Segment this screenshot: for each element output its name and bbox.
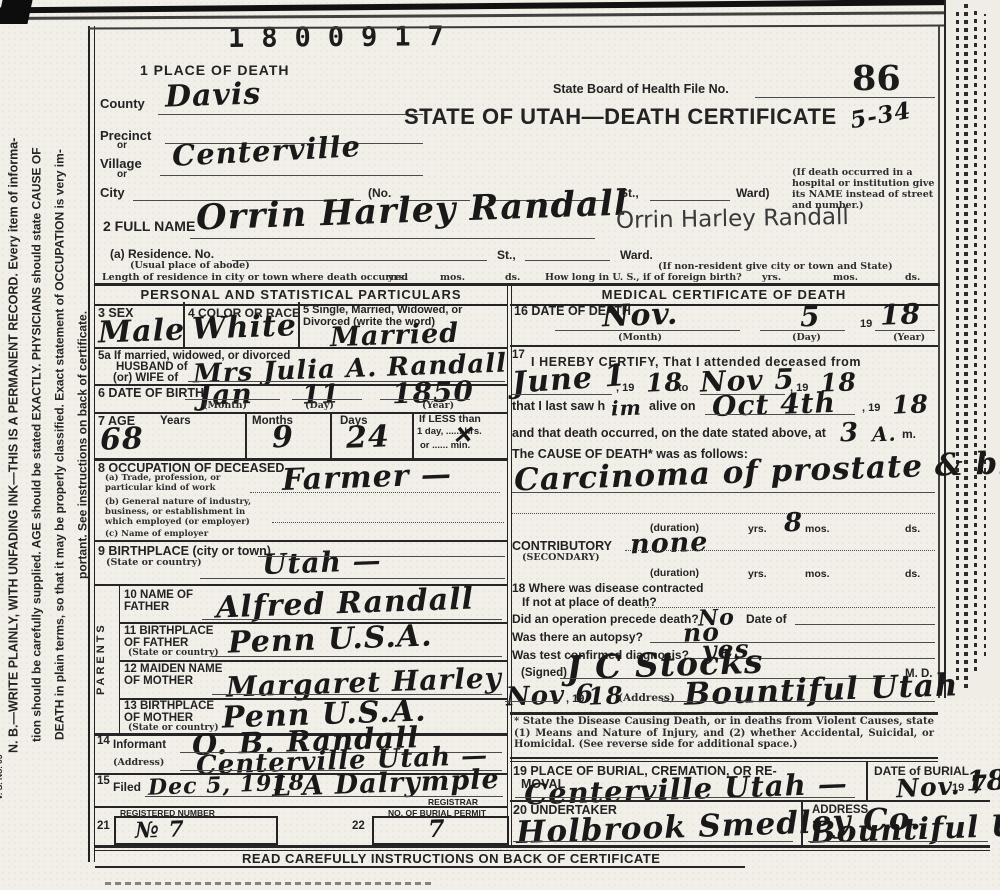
cause-footnote: * State the Disease Causing Death, or in… — [514, 716, 934, 751]
age-years-value: 68 — [99, 421, 144, 458]
edge-texture — [956, 10, 959, 680]
duration-label: (duration) — [650, 567, 699, 579]
row-rule — [510, 757, 938, 759]
certify-item-no: 17 — [512, 349, 525, 361]
yrs-label: yrs. — [388, 272, 407, 283]
margin-line-1: N. B.—WRITE PLAINLY, WITH UNFADING INK—T… — [4, 34, 23, 856]
day-sublabel: (Day) — [792, 332, 821, 343]
residence-no-blank — [232, 260, 487, 261]
frame-top-rule — [88, 25, 944, 29]
day-sublabel: (Day) — [305, 400, 334, 411]
birthplace-label: 9 BIRTHPLACE (city or town) — [98, 544, 271, 558]
nonresident-note: (If non-resident give city or town and S… — [658, 261, 893, 272]
death-certificate-scan: 1800917 N. B.—WRITE PLAINLY, WITH UNFADI… — [0, 0, 1000, 890]
residence-st-label: St., — [497, 248, 516, 262]
cause-blank — [512, 492, 935, 493]
informant-address-label: (Address) — [113, 757, 164, 768]
frame-left-double-rule — [88, 26, 95, 862]
edge-texture — [974, 8, 977, 671]
fullname-pencil-annotation: Orrin Harley Randall — [616, 204, 849, 234]
death-am-value: A. — [872, 422, 897, 447]
mother-name-label: 12 MAIDEN NAME OF MOTHER — [124, 663, 234, 687]
cause-blank-2 — [512, 513, 935, 514]
date-of-death-month: Nov. — [601, 297, 678, 335]
certify-blank — [512, 394, 612, 395]
burial-place-blank — [515, 797, 855, 798]
or-label: or — [117, 169, 127, 180]
date-of-death-year: 18 — [879, 297, 921, 331]
birthplace-blank-2 — [200, 578, 505, 579]
occupation-c-label: (c) Name of employer — [105, 529, 275, 539]
or-label: or — [117, 140, 127, 151]
informant-item-no: 14 — [97, 735, 110, 747]
mos-label: mos. — [833, 272, 858, 283]
burial-cell-divider — [866, 762, 868, 800]
county-label: County — [100, 96, 145, 111]
father-birthplace-blank — [212, 656, 502, 657]
margin-form-number: V. S. No. 03 — [0, 742, 8, 812]
village-blank — [160, 175, 423, 176]
duration-mos-label: mos. — [805, 568, 830, 580]
fullname-blank — [190, 238, 595, 239]
death-time-value: 3 — [839, 418, 859, 449]
footer-rule-bottom — [95, 866, 745, 868]
length-residence-label: Length of residence in city or town wher… — [102, 272, 408, 283]
father-birthplace-label: 11 BIRTHPLACE OF FATHER — [124, 625, 224, 649]
registered-number-value: № 7 — [135, 816, 186, 844]
dod-month-blank — [555, 330, 740, 331]
row-rule-thin — [510, 761, 938, 762]
year-prefix: 19 — [860, 318, 872, 330]
month-sublabel: (Month) — [203, 400, 247, 411]
autopsy-blank — [650, 642, 935, 643]
date-of-death-day: 5 — [799, 300, 821, 334]
place-of-death-label: 1 PLACE OF DEATH — [140, 62, 290, 78]
autopsy-label: Was there an autopsy? — [512, 630, 643, 644]
birthplace-blank — [258, 556, 505, 557]
cell-divider — [412, 412, 414, 458]
edge-texture — [964, 4, 968, 688]
cell-divider — [245, 412, 247, 458]
death-occurred-label: and that death occurred, on the date sta… — [512, 426, 826, 440]
signed-date-blank — [505, 701, 560, 702]
howlong-label: How long in U. S., if of foreign birth? — [545, 272, 742, 283]
ds-label: ds. — [505, 272, 520, 283]
row-rule — [95, 540, 508, 542]
operation-label: Did an operation precede death? — [512, 612, 699, 626]
duration-yrs-label: yrs. — [748, 523, 767, 535]
duration-mos-label: mos. — [805, 523, 830, 535]
ward-label: Ward) — [736, 186, 770, 200]
comma-19: , 19 — [862, 402, 880, 414]
margin-line-3: DEATH in plain terms, so that it may be … — [50, 34, 69, 856]
parents-label: PARENTS — [95, 584, 107, 733]
father-birthplace-sublabel: (State or country) — [128, 648, 219, 658]
age-cross-mark: ✕ — [452, 420, 474, 450]
birthplace-value: Utah — — [261, 544, 382, 581]
lastsaw-label: that I last saw h — [512, 399, 605, 413]
city-label: City — [100, 185, 125, 200]
parents-strip: PARENTS — [95, 584, 120, 733]
scan-artifact-bar — [0, 11, 1000, 20]
ifnot-blank — [645, 607, 935, 608]
county-value: Davis — [164, 76, 261, 114]
age-years-label: Years — [160, 415, 191, 427]
section-top-rule — [95, 283, 940, 286]
lastsaw-year: 18 — [892, 389, 930, 419]
row-rule-thin — [119, 660, 508, 662]
to-label: to — [678, 382, 688, 394]
contributory-blank — [625, 550, 935, 551]
duration-mos-value: 8 — [783, 508, 803, 539]
registered-number-item: 21 — [97, 820, 110, 832]
father-birthplace-value: Penn U.S.A. — [227, 618, 433, 660]
scan-page-edge — [944, 0, 1000, 698]
margin-line-2: tion should be carefully supplied. AGE s… — [27, 34, 46, 856]
secondary-label: (SECONDARY) — [522, 552, 600, 563]
year-sublabel: (Year) — [422, 400, 454, 411]
edge-line — [944, 0, 946, 698]
title-annotation: 5-34 — [848, 97, 913, 134]
dod-year-blank — [875, 330, 935, 331]
burial-date-year: 18 — [965, 763, 1000, 797]
county-blank — [158, 114, 423, 115]
residence-st-blank — [525, 260, 610, 261]
file-no-label: State Board of Health File No. — [553, 82, 729, 96]
m-label: m. — [902, 427, 916, 441]
ds-label: ds. — [905, 272, 920, 283]
fullname-label: 2 FULL NAME — [103, 218, 195, 234]
certificate-title: STATE OF UTAH—DEATH CERTIFICATE — [404, 104, 837, 130]
year-prefix: 19 — [952, 782, 964, 794]
date-of-label: Date of — [746, 612, 787, 626]
dod-day-blank — [760, 330, 845, 331]
dob-label: 6 DATE OF BIRTH — [98, 386, 204, 400]
duration-ds-label: ds. — [905, 568, 920, 580]
year-sublabel: (Year) — [893, 332, 925, 343]
occupation-b-label: (b) General nature of industry, business… — [105, 497, 275, 527]
lastsaw-fill: im — [611, 395, 643, 420]
frame-right-rule — [938, 26, 940, 698]
ifnot-label: If not at place of death? — [522, 595, 657, 609]
occupation-b-blank — [272, 522, 504, 523]
row-rule — [95, 347, 508, 349]
father-name-label: 10 NAME OF FATHER — [124, 589, 212, 613]
race-value: White — [191, 308, 297, 347]
row-rule — [510, 345, 938, 347]
ward-blank — [650, 200, 730, 201]
date-of-blank — [795, 624, 935, 625]
contributory-value: none — [629, 527, 708, 561]
margin-instructions: N. B.—WRITE PLAINLY, WITH UNFADING INK—T… — [4, 34, 88, 856]
abode-note: (Usual place of abode) — [130, 260, 250, 271]
occupation-a-label: (a) Trade, profession, or particular kin… — [105, 473, 255, 493]
month-sublabel: (Month) — [618, 332, 662, 343]
scan-artifact-blob — [0, 0, 33, 24]
contributory-label: CONTRIBUTORY — [512, 539, 612, 553]
undertaker-address-blank — [808, 841, 988, 842]
comma-19: , 19 — [616, 382, 634, 394]
undertaker-cell-divider — [801, 800, 803, 845]
scan-artifact-dashes — [105, 882, 435, 885]
yrs-label: yrs. — [762, 272, 781, 283]
spouse-label-3: (or) WIFE of — [113, 372, 178, 384]
signed-address-label: (Address) — [618, 692, 675, 704]
duration-ds-label: ds. — [905, 523, 920, 535]
village-value: Centerville — [171, 129, 362, 173]
lastsaw-blank — [705, 414, 855, 415]
informant-label: Informant — [113, 739, 166, 751]
father-name-blank — [202, 619, 502, 620]
cell-divider — [330, 412, 332, 458]
filed-label: Filed — [113, 780, 141, 794]
fullname-value: Orrin Harley Randall — [195, 182, 628, 238]
alive-on-label: alive on — [649, 399, 696, 413]
birthplace-sublabel: (State or country) — [106, 557, 202, 568]
age-days-value: 24 — [345, 419, 390, 456]
burial-permit-item: 22 — [352, 820, 365, 832]
residence-label: (a) Residence. No. — [110, 247, 214, 261]
duration-yrs-label: yrs. — [748, 568, 767, 580]
sex-value: Male — [97, 312, 185, 350]
comma-19: , 19 — [566, 693, 584, 705]
occupation-a-blank — [250, 492, 500, 493]
signed-address-blank — [662, 701, 935, 702]
file-no-value: 86 — [852, 58, 901, 99]
footer-rule-top — [95, 845, 990, 848]
undertaker-blank — [513, 841, 793, 842]
filed-item-no: 15 — [97, 775, 110, 787]
edge-texture — [984, 14, 986, 656]
lastsaw-date-value: Oct 4th — [711, 386, 836, 423]
mother-birthplace-label: 13 BIRTHPLACE OF MOTHER — [124, 700, 224, 724]
age-months-value: 9 — [271, 420, 294, 456]
where-contracted-label: 18 Where was disease contracted — [512, 581, 703, 595]
form-number-text: V. S. No. 03 — [0, 742, 4, 812]
mos-label: mos. — [440, 272, 465, 283]
cell-divider — [298, 302, 300, 347]
footer-instructions: READ CAREFULLY INSTRUCTIONS ON BACK OF C… — [242, 851, 660, 866]
row-rule — [510, 712, 938, 715]
cell-divider — [183, 302, 185, 347]
residence-ward-label: Ward. — [620, 248, 653, 262]
burial-permit-value: 7 — [427, 814, 446, 844]
